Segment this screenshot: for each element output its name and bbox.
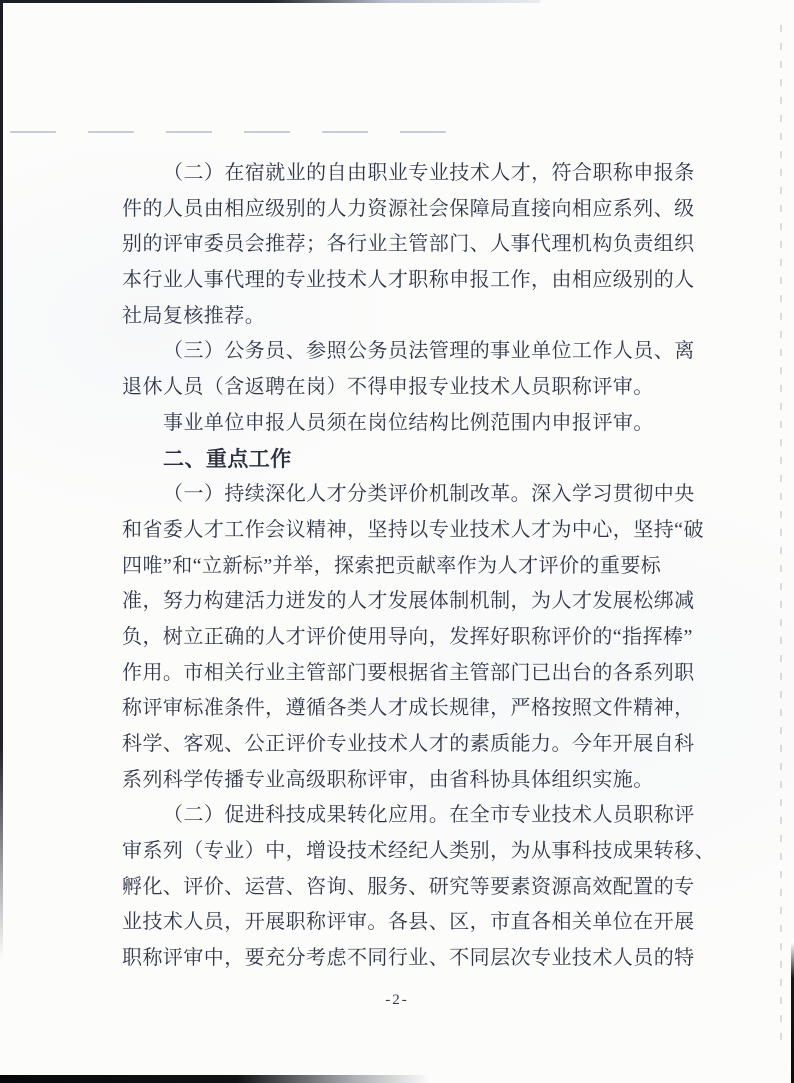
document-line: 审系列（专业）中，增设技术经纪人类别，为从事科技成果转移、 — [122, 834, 700, 870]
scan-artifact-dashed-line — [10, 131, 472, 133]
scan-edge-bottom — [0, 1075, 430, 1083]
document-line: 系列科学传播专业高级职称评审，由省科协具体组织实施。 — [122, 763, 700, 799]
scan-edge-top — [0, 0, 540, 3]
section-heading: 二、重点工作 — [122, 442, 700, 478]
document-line: （二）在宿就业的自由职业专业技术人才，符合职称申报条 — [122, 156, 700, 192]
document-line: 孵化、评价、运营、咨询、服务、研究等要素资源高效配置的专 — [122, 870, 700, 906]
document-line: 准，努力构建活力迸发的人才发展体制机制，为人才发展松绑减 — [122, 584, 700, 620]
document-line: （三）公务员、参照公务员法管理的事业单位工作人员、离 — [122, 334, 700, 370]
document-line: （二）促进科技成果转化应用。在全市专业技术人员职称评 — [122, 798, 700, 834]
scanned-page: （二）在宿就业的自由职业专业技术人才，符合职称申报条 件的人员由相应级别的人力资… — [0, 0, 794, 1083]
document-line: 本行业人事代理的专业技术人才职称申报工作，由相应级别的人 — [122, 263, 700, 299]
document-line: 和省委人才工作会议精神，坚持以专业技术人才为中心，坚持“破 — [122, 513, 700, 549]
document-line: 事业单位申报人员须在岗位结构比例范围内申报评审。 — [122, 406, 700, 442]
document-line: 业技术人员，开展职称评审。各县、区，市直各相关单位在开展 — [122, 905, 700, 941]
document-line: 别的评审委员会推荐；各行业主管部门、人事代理机构负责组织 — [122, 227, 700, 263]
document-line: 件的人员由相应级别的人力资源社会保障局直接向相应系列、级 — [122, 192, 700, 228]
scan-edge-left — [0, 0, 3, 960]
document-line: 职称评审中，要充分考虑不同行业、不同层次专业技术人员的特 — [122, 941, 700, 977]
document-line: 退休人员（含返聘在岗）不得申报专业技术人员职称评审。 — [122, 370, 700, 406]
document-line: 社局复核推荐。 — [122, 299, 700, 335]
document-line: （一）持续深化人才分类评价机制改革。深入学习贯彻中央 — [122, 477, 700, 513]
scan-artifact-right-line — [780, 25, 782, 1045]
page-number: -2- — [0, 992, 794, 1009]
document-line: 负，树立正确的人才评价使用导向，发挥好职称评价的“指挥棒” — [122, 620, 700, 656]
document-line: 四唯”和“立新标”并举，探索把贡献率作为人才评价的重要标 — [122, 549, 700, 585]
document-line: 作用。市相关行业主管部门要根据省主管部门已出台的各系列职 — [122, 656, 700, 692]
document-line: 称评审标准条件，遵循各类人才成长规律，严格按照文件精神， — [122, 691, 700, 727]
document-line: 科学、客观、公正评价专业技术人才的素质能力。今年开展自科 — [122, 727, 700, 763]
document-body: （二）在宿就业的自由职业专业技术人才，符合职称申报条 件的人员由相应级别的人力资… — [122, 156, 700, 977]
